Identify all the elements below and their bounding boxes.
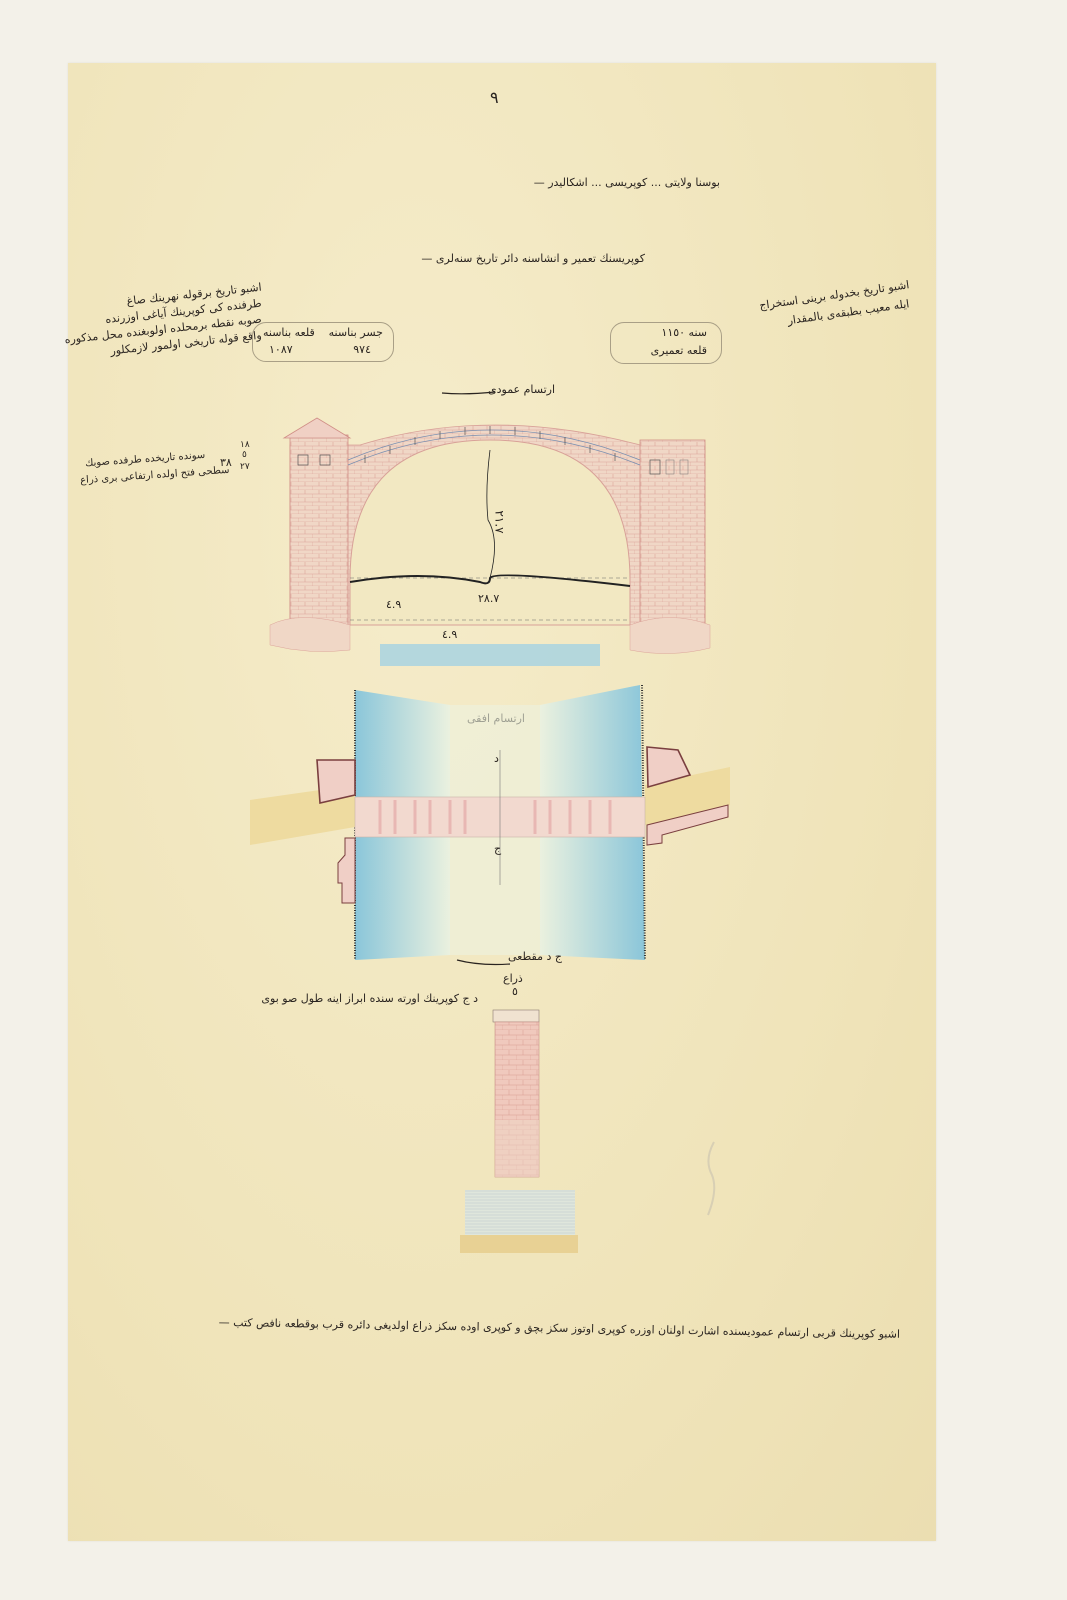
water-depth-center-dimension: ٤.٩ bbox=[442, 628, 457, 641]
fraction-bottom: ٢٧ bbox=[240, 462, 250, 472]
pencil-mark bbox=[700, 1140, 720, 1220]
cross-section-underline bbox=[455, 958, 515, 966]
water-level-note: ١٨ ٥ ٢٧ ٣٨ سونده تاریخده طرفده صوبك سطحی… bbox=[80, 440, 280, 500]
elevation-label-underline bbox=[440, 390, 500, 396]
cross-section-note: د ج كوپرینك اورته سنده ابراز اینه طول صو… bbox=[288, 992, 478, 1005]
repair-year: سنه ١١٥٠ bbox=[661, 326, 707, 339]
pier-cross-section-drawing bbox=[460, 1000, 590, 1260]
cartouche-construction-dates: جسر بناسنه ٩٧٤ قلعه بناسنه ١٠٨٧ bbox=[252, 322, 394, 362]
bridge-construction-year: ٩٧٤ bbox=[353, 343, 371, 356]
cross-section-label: ج د مقطعی bbox=[508, 950, 562, 963]
plan-marker-bottom: ج bbox=[494, 842, 501, 855]
title-line: بوسنا ولایتی ... كوپریسی ... اشكالیدر — bbox=[370, 176, 720, 189]
left-tower bbox=[290, 435, 348, 625]
right-note-block: اشبو تاریخ بخدوله برینی استخراج ایله معی… bbox=[740, 290, 910, 322]
cartouche-repair-date: سنه ١١٥٠ قلعه تعمیری bbox=[610, 322, 722, 364]
span-dimension: ٢٨.٧ bbox=[478, 592, 499, 605]
cross-section-dim-value: ٥ bbox=[512, 985, 518, 998]
bridge-plan-drawing bbox=[250, 685, 730, 970]
arch-height-dimension: ٢١.٧ bbox=[493, 510, 507, 533]
subtitle-line: كوپریسنك تعمیر و انشاسنه دائر تاریخ سنه‌… bbox=[375, 252, 645, 265]
repair-label: قلعه تعمیری bbox=[651, 344, 707, 357]
page-number: ٩ bbox=[490, 88, 499, 107]
fortress-construction-year: ١٠٨٧ bbox=[269, 343, 293, 356]
plan-marker-top: د bbox=[494, 752, 499, 765]
bridge-elevation-drawing bbox=[270, 410, 710, 670]
water-note-line1: سونده تاریخده طرفده صوبك bbox=[85, 450, 206, 469]
fraction-top: ١٨ bbox=[240, 440, 250, 450]
fortress-construction-label: قلعه بناسنه bbox=[263, 326, 315, 339]
fraction-mid: ٥ bbox=[242, 450, 247, 460]
cross-section-dim-label: ذراع bbox=[503, 972, 523, 985]
water-depth-left-dimension: ٤.٩ bbox=[386, 598, 401, 611]
left-note-block: اشبو تاریخ برقوله نهرینك صاغ طرفنده كی ك… bbox=[82, 290, 262, 351]
bridge-construction-label: جسر بناسنه bbox=[329, 326, 383, 339]
